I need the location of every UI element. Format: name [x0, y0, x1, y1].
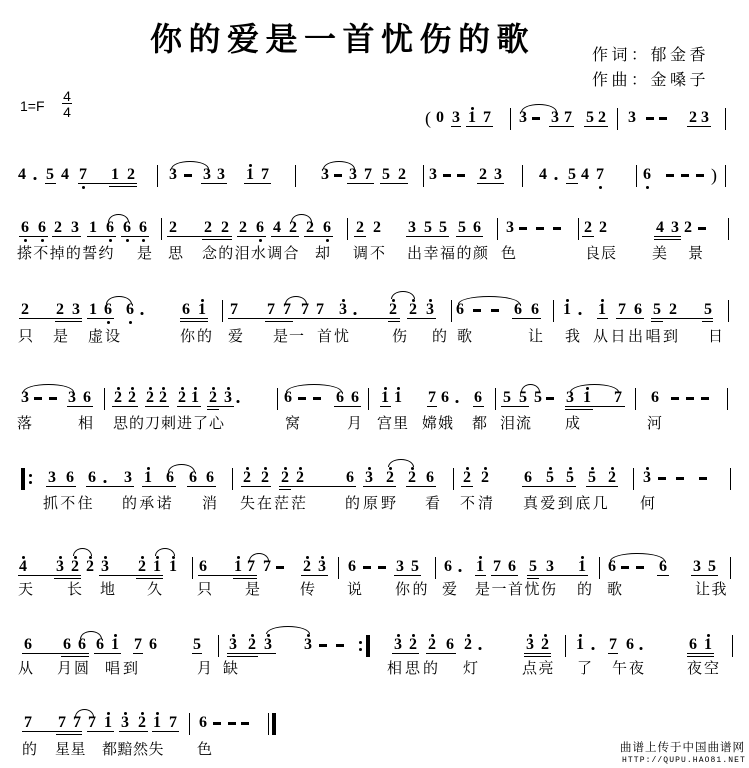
note: 2	[169, 220, 177, 236]
note: 1	[89, 302, 97, 318]
lyric-text: 夜空	[687, 661, 721, 676]
lyric-text: 失在茫茫	[240, 496, 308, 511]
duration-dash	[658, 477, 666, 480]
note: 6	[166, 470, 174, 486]
lyric-text: 月	[197, 661, 213, 676]
note: 6	[351, 390, 359, 406]
beam-underline	[152, 731, 179, 732]
bar-line	[497, 218, 498, 240]
note-high-octave: 3	[318, 559, 326, 575]
duration-dash	[443, 174, 451, 177]
note: 3	[124, 470, 132, 486]
augmentation-dot	[141, 312, 144, 315]
beam-underline	[582, 236, 594, 237]
note-high-octave: 2	[71, 559, 79, 575]
note-high-octave: 2	[146, 390, 154, 406]
lyric-text: 的原野	[345, 496, 399, 511]
note: 3	[169, 167, 177, 183]
beam-underline	[86, 486, 134, 487]
repeat-dot	[359, 648, 362, 651]
note: 6	[426, 470, 434, 486]
note-high-octave: 2	[481, 470, 489, 486]
note-high-octave: 2	[303, 559, 311, 575]
duration-dash	[681, 174, 689, 177]
duration-dash	[671, 397, 679, 400]
lyric-text: 你的	[180, 329, 214, 344]
lyric-text: 地	[100, 582, 116, 597]
note-high-octave: 5	[588, 470, 596, 486]
lyric-text: 歌	[457, 329, 473, 344]
note: 7	[428, 390, 436, 406]
bar-line	[730, 468, 731, 490]
lyric-text: 搽不掉的誓约	[17, 246, 115, 261]
beam-underline	[406, 236, 449, 237]
note-high-octave: 5	[566, 470, 574, 486]
lyric-text: 消	[202, 496, 218, 511]
beam-underline-double	[654, 239, 681, 240]
bar-line	[553, 300, 554, 322]
note-high-octave: 2	[428, 637, 436, 653]
note: 3	[71, 220, 79, 236]
note: 6	[199, 715, 207, 731]
note-high-octave: 2	[296, 470, 304, 486]
lyric-text: 念的泪水调合	[202, 246, 300, 261]
lyric-text: 我	[565, 329, 581, 344]
note-high-octave: 2	[86, 559, 94, 575]
note: 3	[551, 110, 559, 126]
beam-underline	[657, 575, 669, 576]
duration-dash	[378, 566, 386, 569]
note: 3	[72, 302, 80, 318]
note-high-octave: 1	[598, 302, 606, 318]
lyric-text: 河	[647, 416, 663, 431]
score-system: 223166617777732236661176525	[0, 302, 749, 326]
bar-line	[522, 165, 523, 187]
bar-line	[338, 557, 339, 579]
note: 6	[651, 390, 659, 406]
beam-underline-double	[109, 186, 137, 187]
note: 2	[689, 110, 697, 126]
note-low-octave: 6	[139, 220, 147, 236]
bar-line	[725, 165, 726, 187]
tie-arc	[285, 296, 307, 304]
note: 5	[193, 637, 201, 653]
note: 3	[519, 110, 527, 126]
duration-dash	[298, 397, 306, 400]
note: 6	[78, 637, 86, 653]
tie-arc	[610, 553, 665, 561]
duration-dash	[184, 174, 192, 177]
note: 2	[584, 220, 592, 236]
beam-underline	[201, 183, 227, 184]
note: 2	[398, 167, 406, 183]
duration-dash	[532, 117, 540, 120]
lyric-text: 色	[501, 246, 517, 261]
note-high-octave: 2	[178, 390, 186, 406]
lyric-text: 的承诺	[122, 496, 174, 511]
beam-underline	[586, 486, 618, 487]
beam-underline	[527, 575, 588, 576]
note: 6	[474, 390, 482, 406]
note: 5	[439, 220, 447, 236]
duration-dash	[319, 644, 327, 647]
note-high-octave: 3	[526, 637, 534, 653]
beam-underline	[192, 653, 202, 654]
lyric-text: 思的刀刺进了心	[113, 416, 225, 431]
tie-arc	[323, 161, 355, 169]
note-high-octave: 2	[389, 302, 397, 318]
lyric-text: 让我	[695, 582, 728, 597]
duration-dash	[699, 477, 707, 480]
lyric-text: 是	[53, 329, 69, 344]
note: 6	[63, 637, 71, 653]
beam-underline-double	[54, 578, 81, 579]
note-high-octave: 1	[563, 302, 571, 318]
beam-underline	[237, 236, 266, 237]
lyric-text: 看	[425, 496, 441, 511]
tie-arc	[108, 214, 129, 222]
note: 7	[283, 302, 291, 318]
note: 6	[514, 302, 522, 318]
lyric-text: 长	[67, 582, 83, 597]
beam-underline-double	[180, 321, 208, 322]
note: 6	[182, 302, 190, 318]
bar-line	[635, 388, 636, 410]
lyric-text: 落	[17, 416, 33, 431]
beam-underline	[99, 575, 163, 576]
note-high-octave: 3	[426, 302, 434, 318]
lyric-text: 不清	[460, 496, 496, 511]
note: 3	[217, 167, 225, 183]
lyric-text: 天	[18, 582, 34, 597]
note: 6	[456, 302, 464, 318]
beam-underline-double	[55, 321, 82, 322]
score-system: 7777132176	[0, 715, 749, 739]
note-low-octave: 6	[104, 302, 112, 318]
lyric-text: 抓不住	[43, 496, 95, 511]
note-high-octave: 2	[541, 637, 549, 653]
score-system: (031733752323	[0, 110, 749, 134]
lyric-text: 月	[347, 416, 363, 431]
beam-underline	[363, 486, 396, 487]
note: 6	[336, 390, 344, 406]
bar-line	[732, 635, 733, 657]
duration-dash	[334, 174, 342, 177]
lyric-text: 月圆	[57, 661, 91, 676]
note: 3	[408, 220, 416, 236]
note: 6	[346, 470, 354, 486]
note-high-octave: 2	[159, 390, 167, 406]
beam-underline	[380, 183, 408, 184]
note-low-octave: 7	[79, 167, 87, 183]
tie-arc	[458, 296, 520, 304]
note: 7	[263, 559, 271, 575]
beam-underline	[87, 318, 114, 319]
note: 6	[689, 637, 697, 653]
lyric-text: 何	[640, 496, 656, 511]
note-high-octave: 3	[304, 637, 312, 653]
lyric-text: 星星	[55, 742, 86, 757]
repeat-dot	[29, 474, 32, 477]
note-high-octave: 3	[643, 470, 651, 486]
note: 3	[349, 167, 357, 183]
beam-underline-double	[207, 409, 219, 410]
note: 6	[441, 390, 449, 406]
note-high-octave: 3	[101, 559, 109, 575]
note: 7	[134, 637, 142, 653]
note-low-octave: 6	[256, 220, 264, 236]
lyric-text: 爱	[228, 329, 244, 344]
note-high-octave: 1	[153, 715, 161, 731]
beam-underline	[456, 236, 483, 237]
lyric-text: 景	[688, 246, 704, 261]
beam-underline	[691, 575, 718, 576]
note: 3	[546, 559, 554, 575]
tie-arc	[570, 384, 619, 392]
beam-underline	[477, 183, 504, 184]
note: 5	[424, 220, 432, 236]
note-high-octave: 3	[365, 470, 373, 486]
note: 5	[704, 302, 712, 318]
tie-arc	[75, 709, 94, 717]
bar-line	[347, 218, 348, 240]
note: 3	[506, 220, 514, 236]
note: 2	[669, 302, 677, 318]
note: 6	[634, 302, 642, 318]
note-high-octave: 1	[169, 559, 177, 575]
duration-dash	[457, 174, 465, 177]
beam-underline-double	[265, 321, 293, 322]
note: 2	[127, 167, 135, 183]
bar-line	[728, 218, 729, 240]
note: 2	[239, 220, 247, 236]
duration-dash	[621, 566, 629, 569]
note-high-octave: 1	[578, 559, 586, 575]
repeat-dot	[29, 481, 32, 484]
beam-underline	[354, 236, 366, 237]
duration-dash	[363, 566, 371, 569]
beam-underline	[244, 183, 271, 184]
beam-underline	[565, 406, 625, 407]
beam-underline	[347, 183, 374, 184]
lyric-text: 是	[137, 246, 153, 261]
duration-dash	[276, 566, 284, 569]
note: 7	[609, 637, 617, 653]
tie-arc	[73, 548, 92, 556]
note: 2	[21, 302, 29, 318]
note-high-octave: 1	[104, 715, 112, 731]
bar-line	[189, 713, 190, 735]
note: 4	[61, 167, 69, 183]
note: 2	[356, 220, 364, 236]
note: 7	[618, 302, 626, 318]
score-system: 3663166622226322622655523	[0, 470, 749, 494]
augmentation-dot	[456, 400, 459, 403]
bar-line	[725, 108, 726, 130]
note: 2	[598, 110, 606, 126]
beam-underline	[522, 486, 576, 487]
note-low-octave: 6	[21, 220, 29, 236]
duration-dash	[536, 227, 544, 230]
note-high-octave: 2	[386, 470, 394, 486]
note-high-octave: 3	[224, 390, 232, 406]
lyric-text: 歌	[607, 582, 623, 597]
bar-line	[451, 300, 452, 322]
bar-line	[495, 388, 496, 410]
lyric-text: 成	[565, 416, 581, 431]
note: 6	[66, 470, 74, 486]
bar-line	[157, 165, 158, 187]
note: 3	[21, 390, 29, 406]
lyric-text: 宫里	[377, 416, 409, 431]
note: 4	[581, 167, 589, 183]
beam-underline	[142, 486, 176, 487]
bar-line	[277, 388, 278, 410]
note: 7	[364, 167, 372, 183]
note-high-octave: 1	[198, 302, 206, 318]
augmentation-dot	[237, 400, 240, 403]
tie-arc	[23, 384, 74, 392]
duration-dash	[228, 722, 236, 725]
beam-underline-double	[202, 239, 232, 240]
note: 7	[169, 715, 177, 731]
lyric-text: 出幸福的颜	[407, 246, 490, 261]
note-high-octave: 1	[468, 110, 476, 126]
note: 4	[656, 220, 664, 236]
note-high-octave: 2	[463, 470, 471, 486]
beam-underline	[597, 318, 608, 319]
note: 7	[564, 110, 572, 126]
beam-underline	[228, 318, 400, 319]
note: 6	[189, 470, 197, 486]
beam-underline-double	[227, 656, 258, 657]
note: 3	[566, 390, 574, 406]
note: 6	[199, 559, 207, 575]
lyric-text: 让	[528, 329, 544, 344]
beam-underline-double	[279, 489, 291, 490]
note: 5	[519, 390, 527, 406]
note-high-octave: 3	[394, 637, 402, 653]
tie-arc	[155, 548, 175, 556]
lyric-text: 相思的	[387, 661, 441, 676]
lyric-text: 只	[197, 582, 213, 597]
beam-underline	[145, 406, 169, 407]
lyric-text: 午夜	[612, 661, 646, 676]
beam-underline	[227, 653, 276, 654]
note: 5	[411, 559, 419, 575]
beam-underline	[654, 236, 681, 237]
lyric-text: 嫦娥	[422, 416, 454, 431]
beam-underline	[22, 653, 89, 654]
note: 4	[273, 220, 281, 236]
note: 3	[671, 220, 679, 236]
beam-underline-double	[702, 321, 713, 322]
score-system: 33622222123666117665553176	[0, 390, 749, 414]
note-high-octave: 1	[704, 637, 712, 653]
note: 6	[284, 390, 292, 406]
close-paren: )	[711, 166, 717, 184]
note: 2	[204, 220, 212, 236]
lyric-text: 都	[472, 416, 488, 431]
beam-underline	[426, 653, 456, 654]
lyric-text: 的	[22, 742, 38, 757]
beam-underline	[133, 653, 143, 654]
tie-arc	[80, 631, 102, 639]
lyric-text: 只	[18, 329, 34, 344]
lyric-text: 说	[347, 582, 363, 597]
note-high-octave: 1	[381, 390, 389, 406]
beam-underline	[334, 406, 361, 407]
note: 4	[18, 167, 26, 183]
note: 6	[88, 470, 96, 486]
note: 0	[436, 110, 444, 126]
lyric-text: 色	[197, 742, 213, 757]
beam-underline	[198, 575, 257, 576]
lyric-text: 从日出唱到	[593, 329, 681, 344]
note: 5	[708, 559, 716, 575]
note: 3	[396, 559, 404, 575]
beam-underline	[46, 486, 76, 487]
lyric-text: 相	[78, 416, 94, 431]
note-high-octave: 2	[409, 302, 417, 318]
note: 6	[444, 559, 452, 575]
duration-dash	[553, 227, 561, 230]
duration-dash	[34, 397, 42, 400]
beam-underline	[406, 486, 436, 487]
note: 6	[149, 637, 157, 653]
lyric-text: 的	[577, 582, 593, 597]
note: 1	[111, 167, 119, 183]
note-high-octave: 1	[153, 559, 161, 575]
beam-underline	[94, 653, 121, 654]
note-high-octave: 2	[209, 390, 217, 406]
lyric-text: 你的	[395, 582, 430, 597]
note-high-octave: 2	[281, 470, 289, 486]
beam-underline	[19, 318, 82, 319]
final-bar-thin	[268, 713, 269, 735]
beam-underline-double	[61, 656, 89, 657]
tie-arc	[521, 104, 557, 112]
note: 6	[206, 470, 214, 486]
beam-underline	[119, 731, 148, 732]
beam-underline	[304, 236, 333, 237]
note: 7	[261, 167, 269, 183]
beam-underline	[380, 406, 391, 407]
tie-arc	[521, 384, 540, 392]
watermark-url: HTTP://QUPU.HAO81.NET	[622, 757, 746, 765]
bar-line	[728, 300, 729, 322]
beam-underline	[584, 126, 608, 127]
duration-dash	[313, 397, 321, 400]
duration-dash	[646, 117, 654, 120]
beam-underline-double	[651, 321, 663, 322]
duration-dash	[546, 397, 554, 400]
augmentation-dot	[34, 177, 37, 180]
duration-dash	[696, 174, 704, 177]
note: 7	[88, 715, 96, 731]
duration-dash	[636, 566, 644, 569]
bar-line	[161, 218, 162, 240]
beam-underline	[19, 236, 48, 237]
note: 6	[626, 637, 634, 653]
note-high-octave: 5	[546, 470, 554, 486]
note: 7	[267, 302, 275, 318]
beam-underline	[549, 126, 574, 127]
duration-dash	[241, 722, 249, 725]
note: 6	[659, 559, 667, 575]
beam-underline	[78, 183, 137, 184]
note-high-octave: 1	[191, 390, 199, 406]
